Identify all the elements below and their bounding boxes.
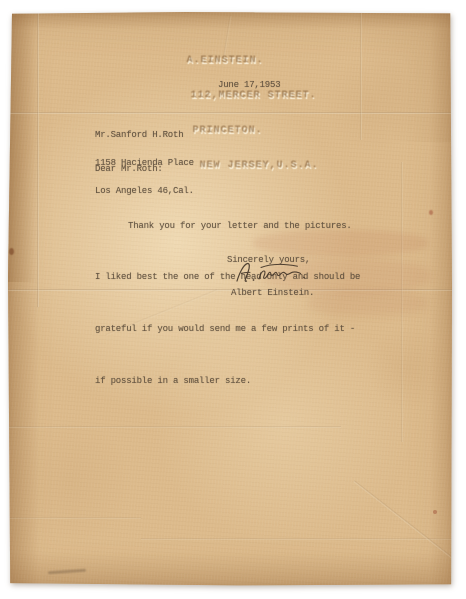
letterhead-name: A.EINSTEIN. [187,56,319,68]
fold-crease-vertical-right [401,162,403,442]
pencil-mark-bottom-left [48,569,86,575]
date-line: June 17,1953 [218,80,280,90]
fold-crease-horizontal-bottom-left [8,517,141,519]
spot-right [429,210,433,215]
salutation-line: Dear Mr.Roth: [95,164,163,174]
fold-crease-horizontal-lower [8,426,341,428]
signature-autograph: A. Einstein. [232,258,314,288]
spot-bottom-right [433,510,437,514]
body-line: Thank you for your letter and the pictur… [95,218,360,235]
letterhead-state: NEW JERSEY,U.S.A. [200,161,319,173]
scan-background: A.EINSTEIN. 112,MERCER STREET. PRINCETON… [0,0,466,599]
letter-paper: A.EINSTEIN. 112,MERCER STREET. PRINCETON… [8,12,452,586]
letterhead-city: PRINCETON. [193,126,319,138]
body-line: if possible in a smaller size. [95,373,360,390]
body-paragraph: Thank you for your letter and the pictur… [95,183,360,425]
recipient-name: Mr.Sanford H.Roth [95,131,194,140]
typed-name-line: Albert Einstein. [231,288,314,298]
fold-crease-vertical-top-right [360,12,362,140]
aged-shade-top-right [357,12,452,142]
signature-ink-strokes [232,258,314,288]
letter-paper-wrap: A.EINSTEIN. 112,MERCER STREET. PRINCETON… [8,12,452,586]
fold-crease-horizontal-bottom-right [141,538,452,540]
letterhead-street: 112,MERCER STREET. [191,91,319,103]
body-line: grateful if you would send me a few prin… [95,321,360,338]
wrinkle-diagonal-bottom-right [353,480,465,568]
edge-spot-left [9,248,14,255]
body-line: I liked best the one of the head only an… [95,269,360,286]
